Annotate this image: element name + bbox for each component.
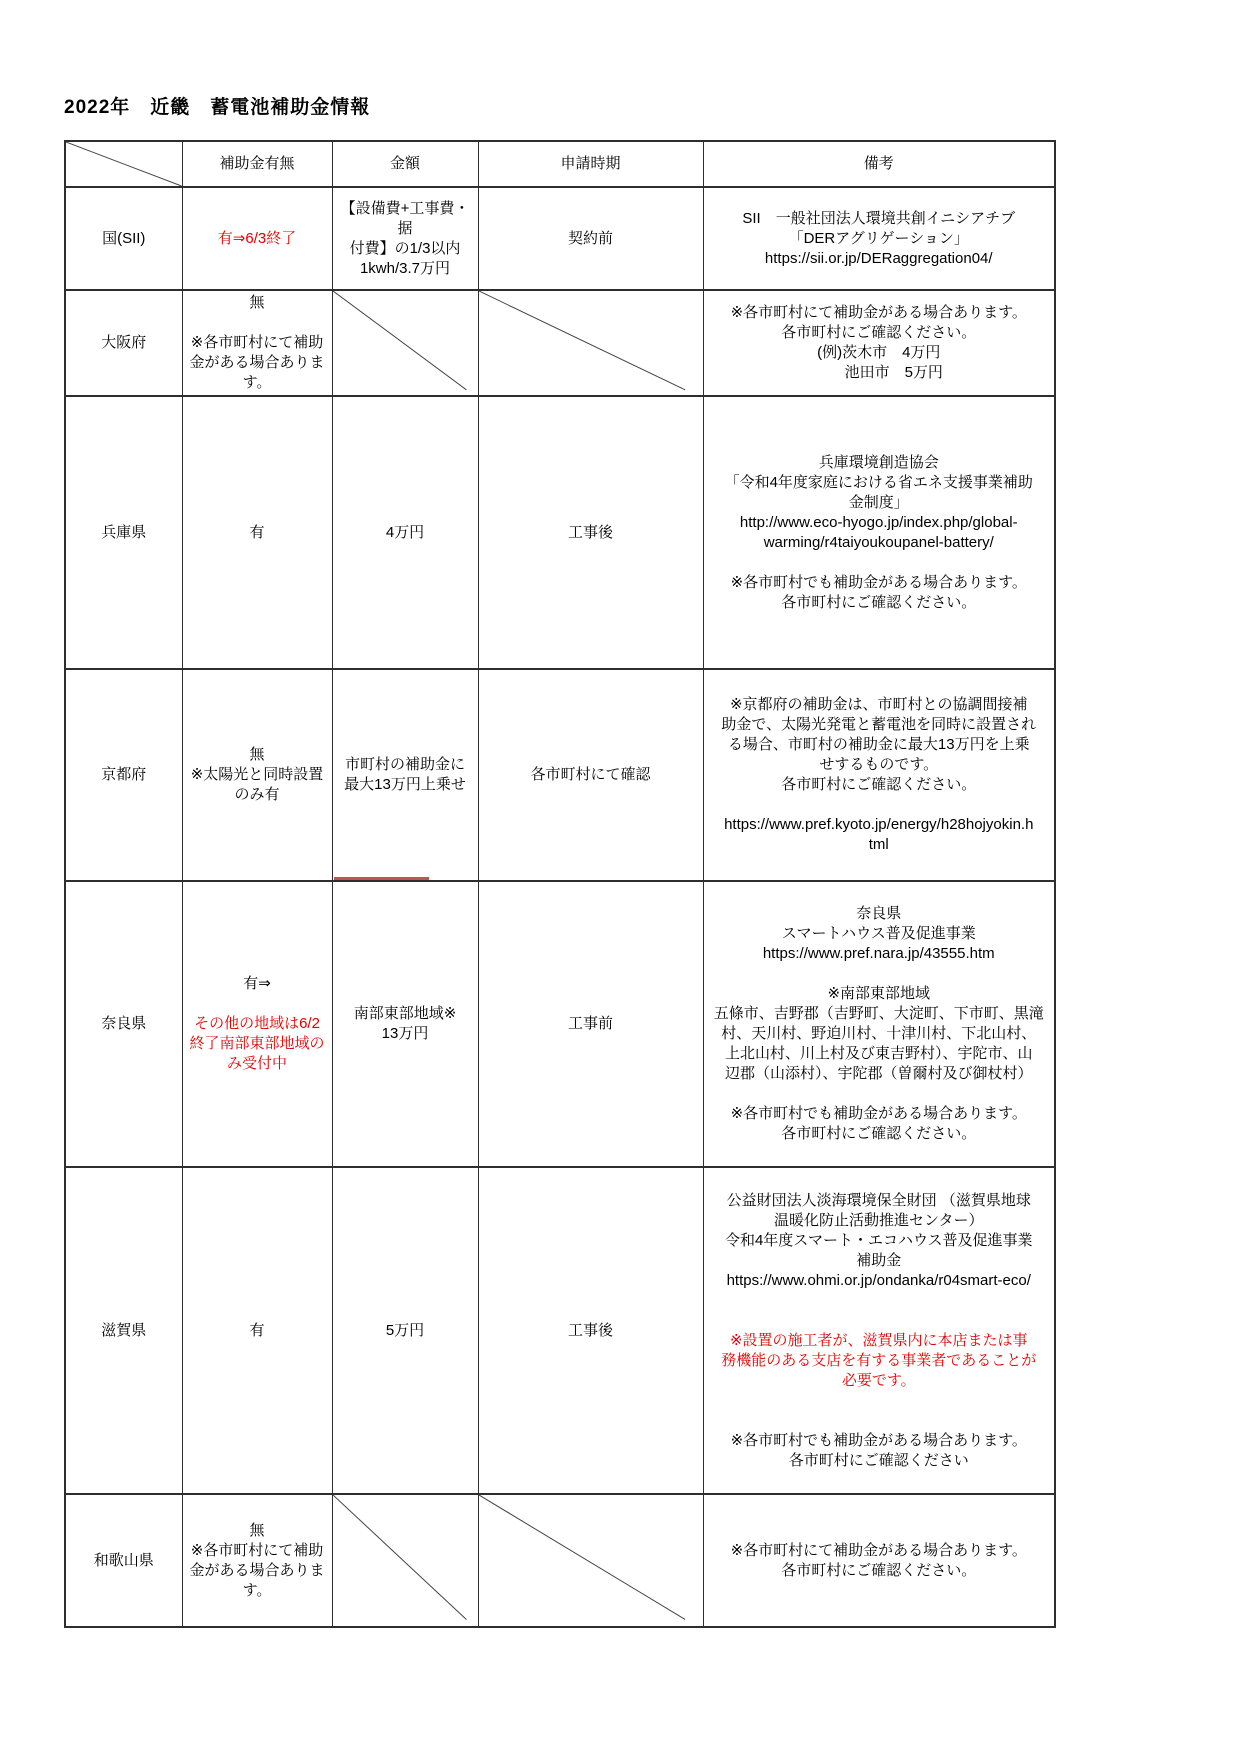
shiga-remarks-requirement-red: ※設置の施工者が、滋賀県内に本店または事 務機能のある支店を有する事業者であるこ… bbox=[708, 1331, 1051, 1391]
row-label-kyoto: 京都府 bbox=[65, 669, 182, 881]
kyoto-amount-text: 市町村の補助金に 最大13万円上乗せ bbox=[344, 756, 466, 793]
cell-hyogo-availability: 有 bbox=[182, 396, 332, 669]
cell-hyogo-remarks: 兵庫環境創造協会 「令和4年度家庭における省エネ支援事業補助 金制度」 http… bbox=[703, 396, 1055, 669]
cell-nara-timing: 工事前 bbox=[478, 881, 703, 1167]
cell-kyoto-amount: 市町村の補助金に 最大13万円上乗せ bbox=[332, 669, 478, 881]
diagonal-slash-icon bbox=[479, 1495, 703, 1626]
row-label-nara: 奈良県 bbox=[65, 881, 182, 1167]
row-nara: 奈良県 有⇒ その他の地域は6/2 終了南部東部地域の み受付中 南部東部地域※… bbox=[65, 881, 1055, 1167]
cell-national-remarks: SII 一般社団法人環境共創イニシアチブ 「DERアグリゲーション」 https… bbox=[703, 187, 1055, 290]
row-label-hyogo: 兵庫県 bbox=[65, 396, 182, 669]
header-amount: 金額 bbox=[332, 141, 478, 187]
diagonal-slash-icon bbox=[333, 291, 478, 395]
subsidy-table: 補助金有無 金額 申請時期 備考 国(SII) 有⇒6/3終了 【設備費+工事費… bbox=[64, 140, 1056, 1628]
cell-national-timing: 契約前 bbox=[478, 187, 703, 290]
nara-availability-red: その他の地域は6/2 終了南部東部地域の み受付中 bbox=[187, 1014, 328, 1074]
row-shiga: 滋賀県 有 5万円 工事後 公益財団法人淡海環境保全財団 （滋賀県地球 温暖化防… bbox=[65, 1167, 1055, 1494]
shiga-remarks-program: 公益財団法人淡海環境保全財団 （滋賀県地球 温暖化防止活動推進センター） 令和4… bbox=[708, 1191, 1051, 1291]
cell-osaka-remarks: ※各市町村にて補助金がある場合あります。 各市町村にご確認ください。 (例)茨木… bbox=[703, 290, 1055, 396]
diagonal-slash-icon bbox=[333, 1495, 478, 1626]
header-timing: 申請時期 bbox=[478, 141, 703, 187]
header-availability: 補助金有無 bbox=[182, 141, 332, 187]
cell-kyoto-timing: 各市町村にて確認 bbox=[478, 669, 703, 881]
cell-shiga-amount: 5万円 bbox=[332, 1167, 478, 1494]
page-title: 2022年 近畿 蓄電池補助金情報 bbox=[64, 92, 370, 119]
cell-kyoto-availability: 無 ※太陽光と同時設置 のみ有 bbox=[182, 669, 332, 881]
cell-wakayama-amount-na bbox=[332, 1494, 478, 1627]
cell-hyogo-timing: 工事後 bbox=[478, 396, 703, 669]
cell-wakayama-remarks: ※各市町村にて補助金がある場合あります。 各市町村にご確認ください。 bbox=[703, 1494, 1055, 1627]
row-osaka: 大阪府 無 ※各市町村にて補助 金がある場合ありま す。 ※各市町村にて補助金が… bbox=[65, 290, 1055, 396]
row-label-national: 国(SII) bbox=[65, 187, 182, 290]
row-kyoto: 京都府 無 ※太陽光と同時設置 のみ有 市町村の補助金に 最大13万円上乗せ 各… bbox=[65, 669, 1055, 881]
row-hyogo: 兵庫県 有 4万円 工事後 兵庫環境創造協会 「令和4年度家庭における省エネ支援… bbox=[65, 396, 1055, 669]
cell-national-amount: 【設備費+工事費・据 付費】の1/3以内 1kwh/3.7万円 bbox=[332, 187, 478, 290]
cell-nara-remarks: 奈良県 スマートハウス普及促進事業 https://www.pref.nara.… bbox=[703, 881, 1055, 1167]
cell-national-availability: 有⇒6/3終了 bbox=[182, 187, 332, 290]
shiga-remarks-note: ※各市町村でも補助金がある場合あります。 各市町村にご確認ください bbox=[708, 1431, 1051, 1471]
nara-availability-black: 有⇒ bbox=[187, 974, 328, 994]
row-national-sii: 国(SII) 有⇒6/3終了 【設備費+工事費・据 付費】の1/3以内 1kwh… bbox=[65, 187, 1055, 290]
cell-wakayama-timing-na bbox=[478, 1494, 703, 1627]
cell-hyogo-amount: 4万円 bbox=[332, 396, 478, 669]
cell-shiga-availability: 有 bbox=[182, 1167, 332, 1494]
row-label-wakayama: 和歌山県 bbox=[65, 1494, 182, 1627]
cell-shiga-timing: 工事後 bbox=[478, 1167, 703, 1494]
cell-shiga-remarks: 公益財団法人淡海環境保全財団 （滋賀県地球 温暖化防止活動推進センター） 令和4… bbox=[703, 1167, 1055, 1494]
diagonal-slash-icon bbox=[479, 291, 703, 395]
row-wakayama: 和歌山県 無 ※各市町村にて補助 金がある場合ありま す。 ※各市町村にて補助金… bbox=[65, 1494, 1055, 1627]
row-label-osaka: 大阪府 bbox=[65, 290, 182, 396]
cell-wakayama-availability: 無 ※各市町村にて補助 金がある場合ありま す。 bbox=[182, 1494, 332, 1627]
corner-cell bbox=[65, 141, 182, 187]
document-page: 2022年 近畿 蓄電池補助金情報 補助金有無 金額 申請時期 備考 国(SII… bbox=[0, 0, 1240, 1754]
cell-kyoto-remarks: ※京都府の補助金は、市町村との協調間接補 助金で、太陽光発電と蓄電池を同時に設置… bbox=[703, 669, 1055, 881]
cell-osaka-availability: 無 ※各市町村にて補助 金がある場合ありま す。 bbox=[182, 290, 332, 396]
red-accent-line bbox=[334, 877, 430, 880]
diagonal-slash-icon bbox=[66, 142, 182, 186]
header-remarks: 備考 bbox=[703, 141, 1055, 187]
cell-osaka-amount-na bbox=[332, 290, 478, 396]
header-row: 補助金有無 金額 申請時期 備考 bbox=[65, 141, 1055, 187]
cell-nara-availability: 有⇒ その他の地域は6/2 終了南部東部地域の み受付中 bbox=[182, 881, 332, 1167]
cell-nara-amount: 南部東部地域※ 13万円 bbox=[332, 881, 478, 1167]
row-label-shiga: 滋賀県 bbox=[65, 1167, 182, 1494]
cell-osaka-timing-na bbox=[478, 290, 703, 396]
